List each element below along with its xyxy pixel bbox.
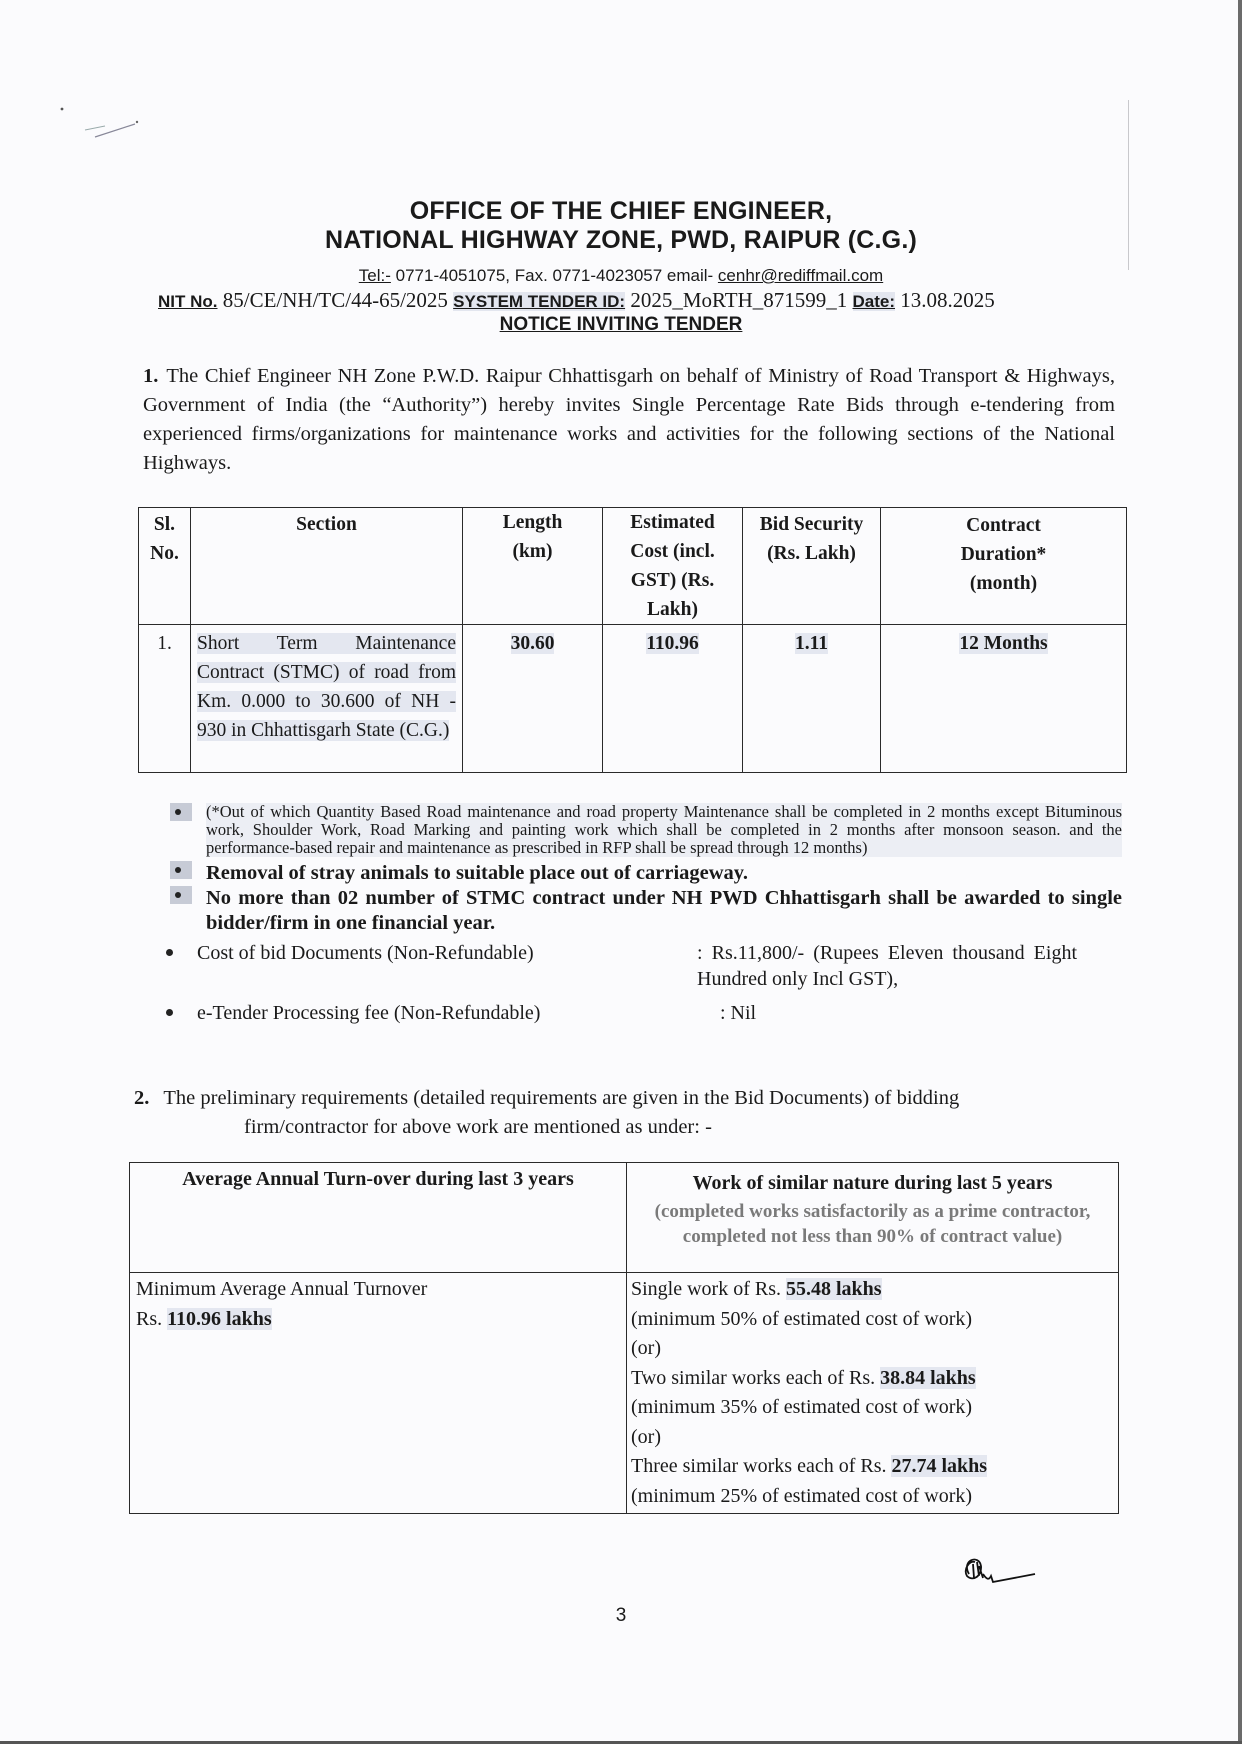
header-length: Length (km) (463, 508, 603, 625)
fee-item: Cost of bid Documents (Non-Refundable): … (161, 940, 1122, 992)
work-option-note: (minimum 25% of estimated cost of work) (631, 1482, 1112, 1512)
cell-similar-work: Single work of Rs. 55.48 lakhs (minimum … (627, 1273, 1119, 1514)
work-option-note: (minimum 50% of estimated cost of work) (631, 1305, 1112, 1335)
signature-mark (955, 1552, 1045, 1592)
bullet-icon (166, 949, 173, 956)
paragraph-number: 2. (134, 1087, 149, 1109)
fee-value: : Rs.11,800/- (Rupees Eleven thousand Ei… (697, 940, 1077, 992)
fee-label: e-Tender Processing fee (Non-Refundable) (197, 1000, 720, 1026)
header-turnover: Average Annual Turn-over during last 3 y… (130, 1163, 627, 1273)
cell-sl-no: 1. (139, 625, 191, 773)
paragraph-text-line2: firm/contractor for above work are menti… (134, 1113, 1119, 1142)
turnover-label: Minimum Average Annual Turnover (136, 1275, 620, 1305)
list-item: Removal of stray animals to suitable pla… (170, 861, 1122, 886)
duration-note: (*Out of which Quantity Based Road maint… (206, 803, 1122, 857)
nit-number: 85/CE/NH/TC/44-65/2025 (218, 288, 454, 312)
work-option: Single work of Rs. 55.48 lakhs (631, 1275, 1112, 1305)
paragraph-number: 1. (143, 365, 158, 387)
email-link[interactable]: cenhr@rediffmail.com (718, 266, 883, 285)
paragraph-1: 1.The Chief Engineer NH Zone P.W.D. Raip… (143, 362, 1115, 478)
cell-duration: 12 Months (881, 625, 1127, 773)
cell-estimated-cost: 110.96 (603, 625, 743, 773)
cell-length: 30.60 (463, 625, 603, 773)
or-label: (or) (631, 1334, 1112, 1364)
header-similar-work-sub: (completed works satisfactorily as a pri… (637, 1199, 1108, 1249)
table-row: Minimum Average Annual Turnover Rs. 110.… (130, 1273, 1119, 1514)
header-sl-no: Sl. No. (139, 508, 191, 625)
fee-label: Cost of bid Documents (Non-Refundable) (197, 940, 697, 966)
sections-table: Sl. No. Section Length (km) Estimated Co… (138, 507, 1127, 773)
paragraph-text-line1: The preliminary requirements (detailed r… (163, 1087, 959, 1109)
nit-label: NIT No. (158, 292, 218, 311)
stmc-limit-note: No more than 02 number of STMC contract … (206, 887, 1122, 934)
cell-bid-security: 1.11 (743, 625, 881, 773)
office-subtitle: NATIONAL HIGHWAY ZONE, PWD, RAIPUR (C.G.… (0, 226, 1242, 255)
paragraph-2: 2.The preliminary requirements (detailed… (134, 1084, 1119, 1142)
work-option: Two similar works each of Rs. 38.84 lakh… (631, 1364, 1112, 1394)
stray-animals-note: Removal of stray animals to suitable pla… (206, 862, 748, 884)
bullet-icon (170, 886, 192, 904)
bullet-icon (166, 1009, 173, 1016)
work-option: Three similar works each of Rs. 27.74 la… (631, 1452, 1112, 1482)
scan-marks (55, 100, 145, 145)
table-header-row: Sl. No. Section Length (km) Estimated Co… (139, 508, 1127, 625)
fee-value: : Nil (720, 1000, 1100, 1026)
date-label: Date: (853, 292, 896, 311)
document-page: OFFICE OF THE CHIEF ENGINEER, NATIONAL H… (0, 0, 1242, 1744)
cell-turnover: Minimum Average Annual Turnover Rs. 110.… (130, 1273, 627, 1514)
cell-section: Short Term Maintenance Contract (STMC) o… (191, 625, 463, 773)
bullet-icon (170, 861, 192, 879)
header-bid-security: Bid Security (Rs. Lakh) (743, 508, 881, 625)
header-estimated-cost: Estimated Cost (incl. GST) (Rs. Lakh) (603, 508, 743, 625)
header-section: Section (191, 508, 463, 625)
list-item: No more than 02 number of STMC contract … (170, 886, 1122, 936)
tel-label: Tel:- (359, 266, 391, 285)
bullet-icon (170, 803, 192, 821)
page-number: 3 (0, 1605, 1242, 1627)
or-label: (or) (631, 1423, 1112, 1453)
tender-id-label: SYSTEM TENDER ID: (453, 292, 625, 311)
notice-title: NOTICE INVITING TENDER (0, 314, 1242, 336)
table-row: 1. Short Term Maintenance Contract (STMC… (139, 625, 1127, 773)
date-value: 13.08.2025 (895, 288, 995, 312)
notes-list: (*Out of which Quantity Based Road maint… (170, 803, 1122, 1026)
contact-line: Tel:- 0771-4051075, Fax. 0771-4023057 em… (0, 266, 1242, 286)
contact-details: 0771-4051075, Fax. 0771-4023057 email- (391, 266, 718, 285)
requirements-table: Average Annual Turn-over during last 3 y… (129, 1162, 1119, 1514)
tender-id: 2025_MoRTH_871599_1 (625, 288, 852, 312)
fee-item: e-Tender Processing fee (Non-Refundable)… (161, 1000, 1122, 1026)
nit-line: NIT No. 85/CE/NH/TC/44-65/2025 SYSTEM TE… (158, 288, 995, 313)
scan-edge-right (1238, 0, 1242, 1744)
work-option-note: (minimum 35% of estimated cost of work) (631, 1393, 1112, 1423)
header-duration: Contract Duration* (month) (881, 508, 1127, 625)
turnover-amount: Rs. 110.96 lakhs (136, 1305, 620, 1335)
header-similar-work: Work of similar nature during last 5 yea… (627, 1163, 1119, 1273)
paragraph-text: The Chief Engineer NH Zone P.W.D. Raipur… (143, 365, 1115, 474)
office-title: OFFICE OF THE CHIEF ENGINEER, (0, 197, 1242, 226)
list-item: (*Out of which Quantity Based Road maint… (170, 803, 1122, 857)
table-header-row: Average Annual Turn-over during last 3 y… (130, 1163, 1119, 1273)
